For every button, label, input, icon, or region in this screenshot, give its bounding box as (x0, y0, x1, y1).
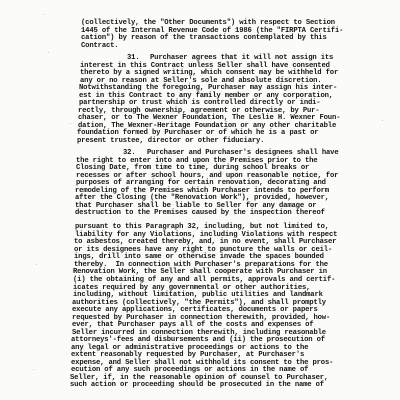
scan-speck (70, 123, 71, 124)
text-line: destruction to the Premises caused by th… (75, 210, 325, 218)
text-line: present trustee, director or other fiduc… (77, 138, 264, 146)
text-line: such action or proceeding should be pros… (70, 382, 324, 390)
scan-speck (382, 120, 383, 121)
scan-speck (36, 264, 37, 265)
scanned-document-page: (collectively, the "Other Documents") wi… (0, 0, 400, 400)
scan-speck (44, 14, 45, 15)
scan-speck (33, 369, 34, 370)
scan-speck (48, 52, 49, 53)
text-line: Contract. (81, 43, 118, 51)
